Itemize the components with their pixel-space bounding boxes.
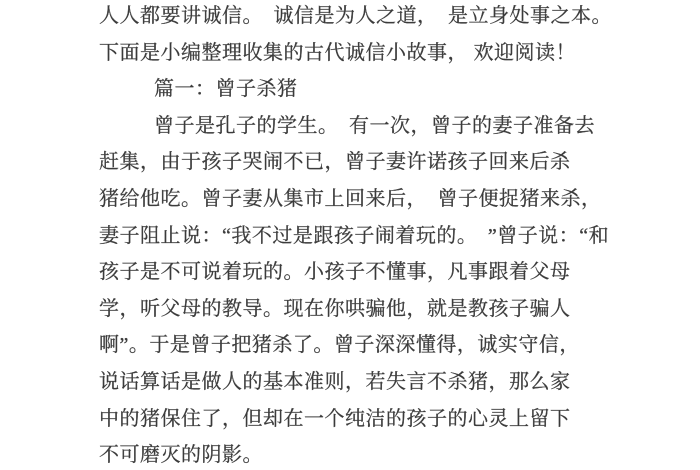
doc-line-body-3: 猪给他吃。曾子妻从集市上回来后， 曾子便捉猪来杀， xyxy=(99,181,615,218)
doc-line-body-10: 不可磨灭的阴影。 xyxy=(99,437,615,470)
doc-line-body-4: 妻子阻止说：“我不过是跟孩子闹着玩的。 ”曾子说：“和 xyxy=(99,218,615,255)
doc-line-body-5: 孩子是不可说着玩的。小孩子不懂事，凡事跟着父母 xyxy=(99,254,615,291)
doc-line-intro-1: 人人都要讲诚信。 诚信是为人之道， 是立身处事之本。 xyxy=(99,0,615,35)
document-page: 人人都要讲诚信。 诚信是为人之道， 是立身处事之本。 下面是小编整理收集的古代诚… xyxy=(0,0,700,470)
text-block: 人人都要讲诚信。 诚信是为人之道， 是立身处事之本。 下面是小编整理收集的古代诚… xyxy=(99,0,615,470)
doc-line-story-title: 篇一：曾子杀猪 xyxy=(99,71,615,108)
doc-line-body-9: 中的猪保住了，但却在一个纯洁的孩子的心灵上留下 xyxy=(99,401,615,438)
doc-line-body-1: 曾子是孔子的学生。 有一次，曾子的妻子准备去 xyxy=(99,108,615,145)
doc-line-intro-2: 下面是小编整理收集的古代诚信小故事， 欢迎阅读！ xyxy=(99,35,615,72)
doc-line-body-7: 啊”。于是曾子把猪杀了。曾子深深懂得，诚实守信， xyxy=(99,327,615,364)
doc-line-body-2: 赶集，由于孩子哭闹不已，曾子妻许诺孩子回来后杀 xyxy=(99,144,615,181)
doc-line-body-6: 学，听父母的教导。现在你哄骗他，就是教孩子骗人 xyxy=(99,291,615,328)
doc-line-body-8: 说话算话是做人的基本准则，若失言不杀猪，那么家 xyxy=(99,364,615,401)
